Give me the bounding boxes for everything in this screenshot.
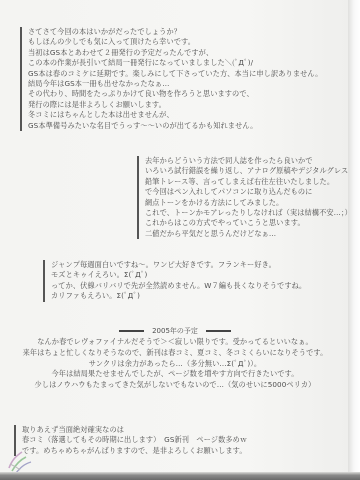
jump-comment-paragraph: ジャンプ毎週面白いですね～。ワンピ大好きです。フランキー好き。 モズとキゥイえろ… — [43, 260, 306, 302]
schedule-title: 2005年の予定 — [152, 326, 198, 336]
schedule-section: 2005年の予定 なんか春でレヴォファイナルだそうで＞＜寂しい限りです。受かって… — [20, 326, 330, 391]
text-line: さてさて今回の本はいかがだったでしょうか？ — [28, 27, 322, 37]
plans-paragraph: 取りあえず当面絶対確実なのは 春コミ（落選してもその時期に出します） GS新刊 … — [14, 425, 247, 456]
schedule-heading: 2005年の予定 — [20, 326, 330, 336]
document-page: さてさて今回の本はいかがだったでしょうか？ もしほんの少しでも気に入って頂けたら… — [0, 0, 348, 472]
text-line: サンクリは余力があったら…（多分無い…Σ(ﾟДﾟ)）。 — [20, 359, 330, 370]
page-bottom-edge — [0, 472, 360, 480]
text-line: GS本は春のコミケに延期です。楽しみにして下さっていた方、本当に申し訳ありません… — [28, 69, 322, 79]
page-spine-shadow — [348, 0, 360, 480]
production-method-paragraph: 去年からどういう方法で同人誌を作ったら良いかで いろいろ試行錯誤を繰り返し、アナ… — [137, 156, 360, 239]
text-line: 今年は結局果たせませんでしたが、ページ数を増やす方向で行きたいです。 — [20, 369, 330, 380]
heading-rule-right — [206, 330, 231, 332]
text-line: 春コミ（落選してもその時期に出します） GS新刊 ページ数多めｗ — [22, 435, 247, 445]
text-line: もしほんの少しでも気に入って頂けたら幸いです。 — [28, 37, 322, 47]
text-line: 鉛筆トレース等、言ってしまえば右往左往いたしました。 — [145, 177, 360, 187]
text-line: 来年はちょと忙しくなりそうなので、新刊は春コミ、夏コミ、冬コミくらいになりそうで… — [20, 348, 330, 359]
text-line: 取りあえず当面絶対確実なのは — [22, 425, 247, 435]
text-line: 去年からどういう方法で同人誌を作ったら良いかで — [145, 156, 360, 166]
text-line: 少しはノウハウもたまってきた気がしないでもないので…（気のせいに5000ペリカ） — [20, 380, 330, 391]
text-line: GS本準備号みたいな名目でうっす～～いのが出てるかも知れません。 — [28, 121, 322, 131]
text-line: なんか春でレヴォファイナルだそうで＞＜寂しい限りです。受かってるといいなぁ。 — [20, 337, 330, 348]
text-line: その代わり、時間をたっぷりかけて良い物を作ろうと思いますので、 — [28, 89, 322, 99]
text-line: カリファもえろい。Σ(ﾟДﾟ) — [51, 291, 306, 301]
text-line: ジャンプ毎週面白いですね～。ワンピ大好きです。フランキー好き。 — [51, 260, 306, 270]
heading-rule-left — [119, 330, 144, 332]
text-line: 結局今年はGS本一冊も出せなかったなぁ… — [28, 79, 322, 89]
text-line: 二値だから平気だと思うんだけどなぁ… — [145, 229, 360, 239]
sketch-doodle-icon — [6, 448, 34, 474]
text-line: です。めちゃめちゃがんばりますので、是非よろしくお願いします。 — [22, 446, 247, 456]
text-line: モズとキゥイえろい。Σ(ﾟДﾟ) — [51, 270, 306, 280]
text-line: ってか、伏線バリバリで先が全然読めません。W７編も長くなりそうですね。 — [51, 281, 306, 291]
text-line: いろいろ試行錯誤を繰り返し、アナログ原稿やデジタルグレスケ、 — [145, 166, 360, 176]
text-line: で今回はペン入れしてパソコンに取り込んだものに — [145, 187, 360, 197]
text-line: 当初はGS本とあわせて２冊発行の予定だったんですが、 — [28, 48, 322, 58]
text-line: 発行の際には是非よろしくお願いします。 — [28, 100, 322, 110]
afterword-paragraph: さてさて今回の本はいかがだったでしょうか？ もしほんの少しでも気に入って頂けたら… — [20, 27, 322, 131]
text-line: これで、トーンかモアレったりしなければ（実は結構不安…；） — [145, 208, 360, 218]
text-line: この本の作業が長引いて結局一冊発行になっていましました＼(ﾟДﾟ)/ — [28, 58, 322, 68]
text-line: これからはこの方式でやっていこうと思います。 — [145, 218, 360, 228]
text-line: 網点トーンをかける方法にしてみました。 — [145, 198, 360, 208]
text-line: 冬コミにはちゃんとした本は出せませんが、 — [28, 110, 322, 120]
